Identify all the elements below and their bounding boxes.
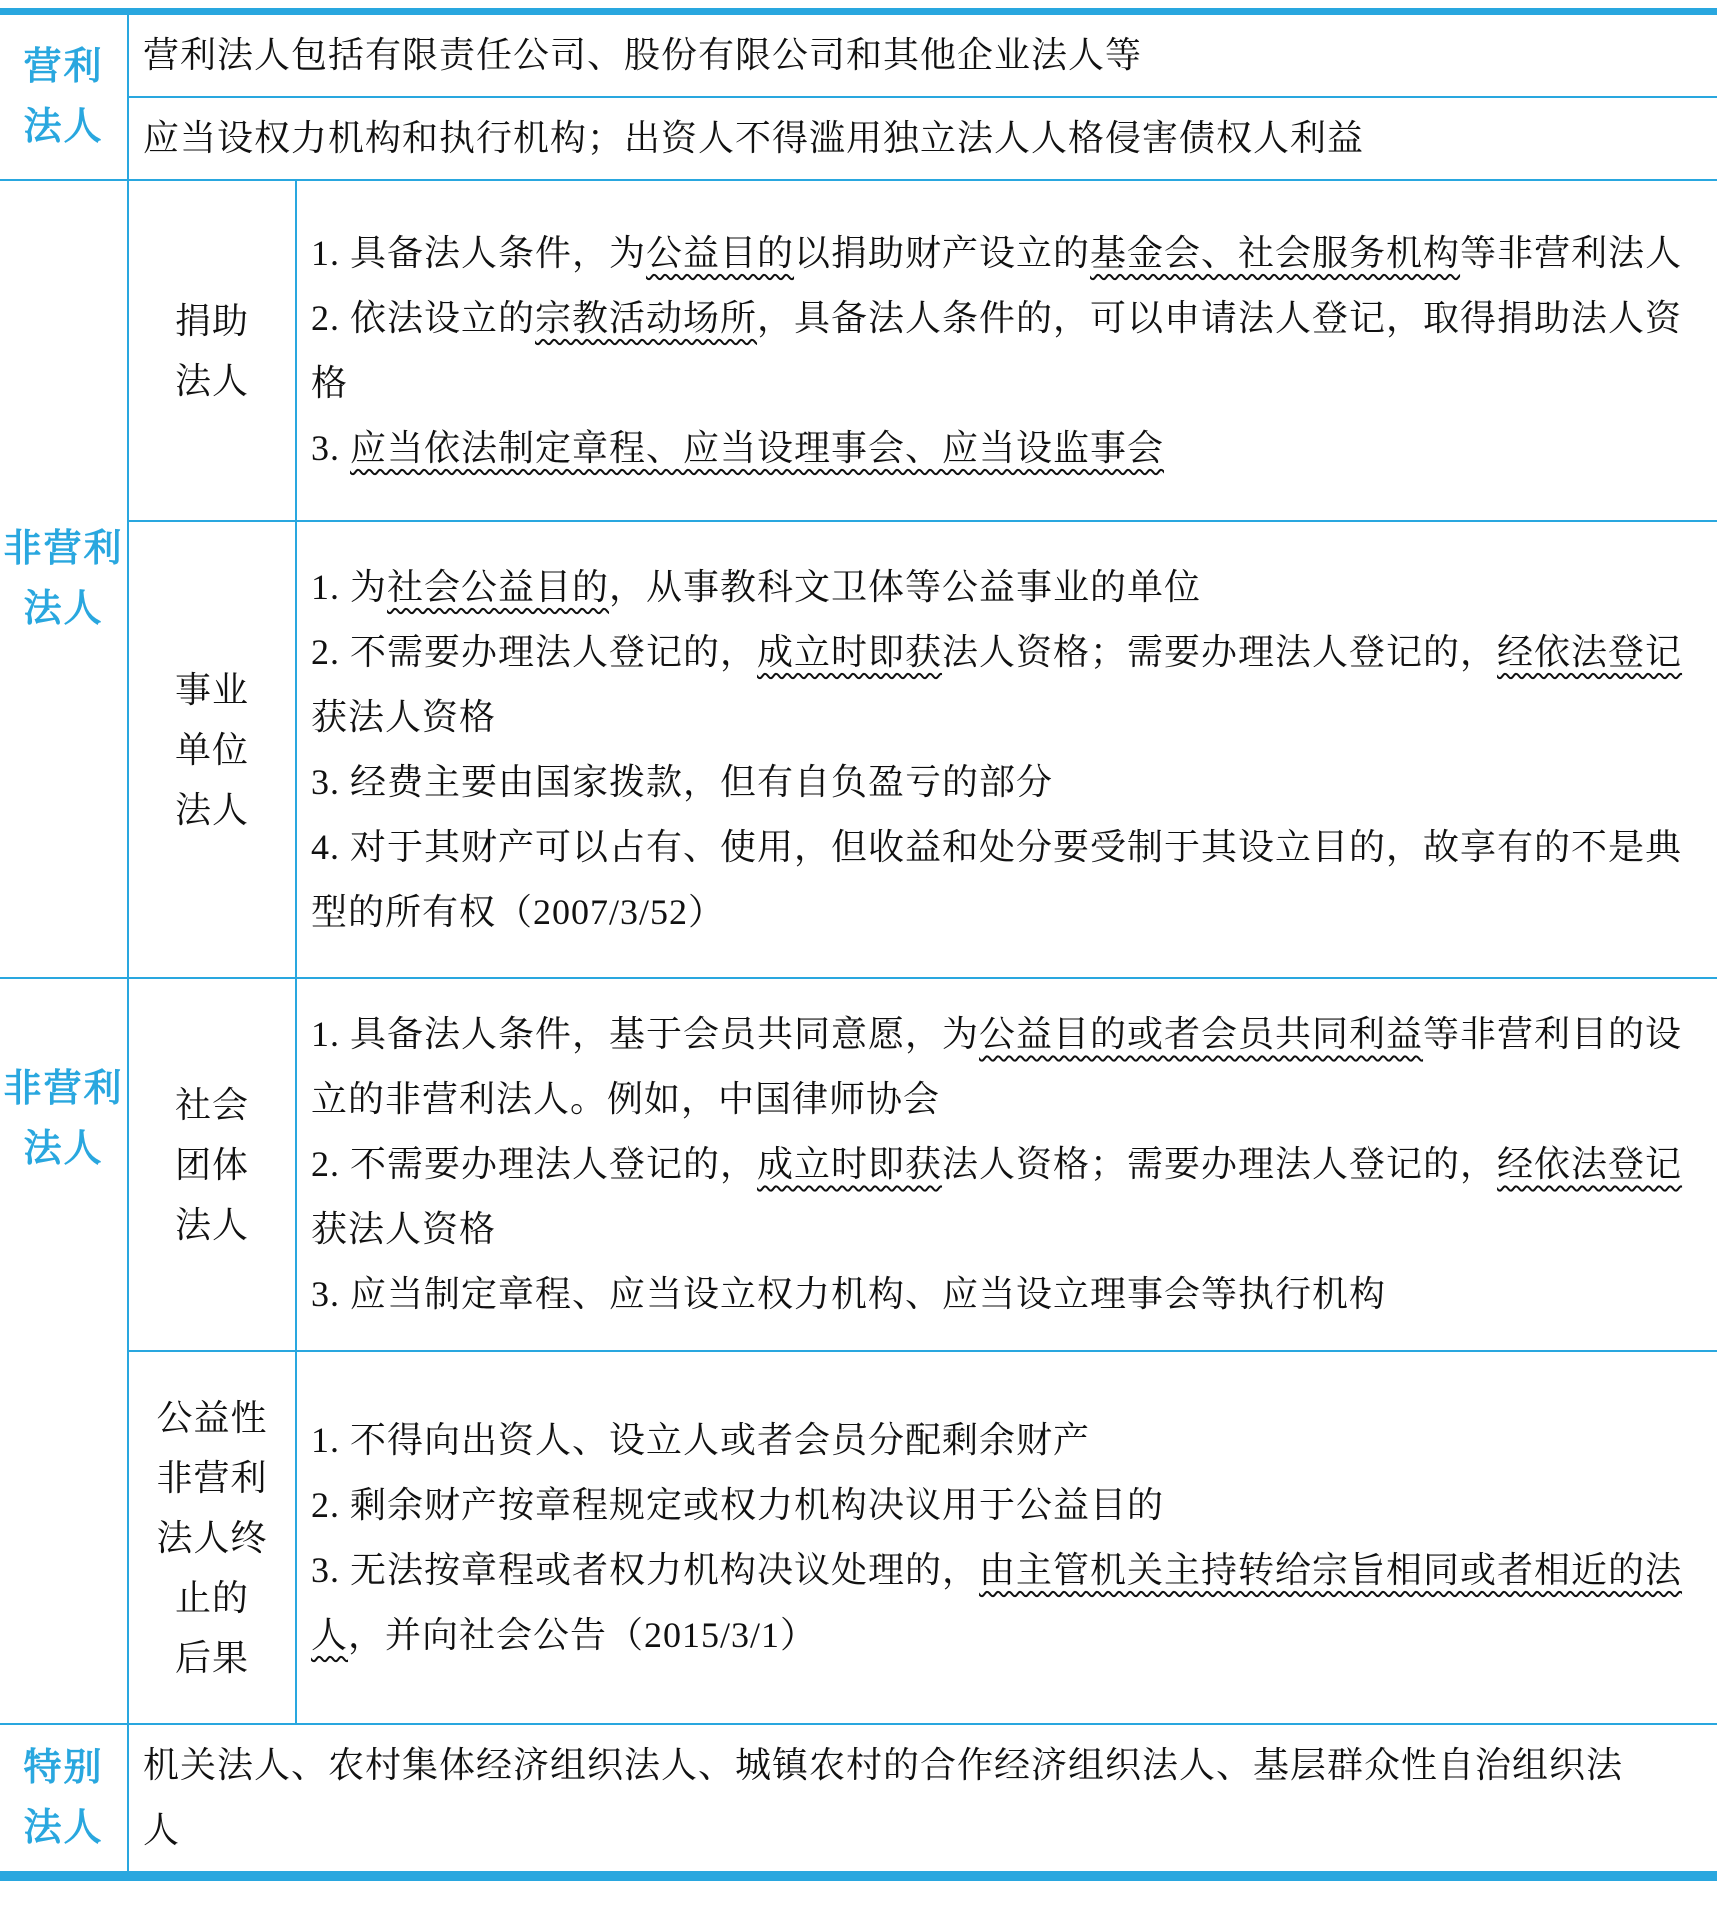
list-item: 3. 应当制定章程、应当设立权力机构、应当设立理事会等执行机构 xyxy=(311,1262,1701,1327)
label-line: 非营利 xyxy=(3,519,123,579)
text-segment: 应当设权力机构和执行机构；出资人不得滥用独立法人人格侵害债权人利益 xyxy=(143,118,1364,158)
sublabel-termination-consequences: 公益性非营利法人终止的后果 xyxy=(129,1352,295,1723)
wavy-underlined-text: 宗教活动场所 xyxy=(535,298,757,338)
label-line: 特别 xyxy=(23,1738,103,1798)
wavy-underlined-text: 基金会、社会服务机构 xyxy=(1090,233,1460,273)
label-line: 法人终 xyxy=(156,1508,267,1568)
wavy-underlined-text: 经依法登记 xyxy=(1497,1144,1682,1184)
text-segment: 法人资格；需要办理法人登记的， xyxy=(942,632,1497,672)
label-line: 法人 xyxy=(23,1119,103,1179)
list-item: 营利法人包括有限责任公司、股份有限公司和其他企业法人等 xyxy=(143,23,1701,88)
row-label-non-profit-2: 非营利法人 xyxy=(0,979,127,1723)
list-item: 1. 具备法人条件，为公益目的以捐助财产设立的基金会、社会服务机构等非营利法人 xyxy=(311,221,1701,286)
list-item: 机关法人、农村集体经济组织法人、城镇农村的合作经济组织法人、基层群众性自治组织法… xyxy=(143,1733,1623,1863)
list-item: 1. 为社会公益目的，从事教科文卫体等公益事业的单位 xyxy=(311,555,1701,620)
list-item: 2. 剩余财产按章程规定或权力机构决议用于公益目的 xyxy=(311,1473,1701,1538)
text-segment: 2. 依法设立的 xyxy=(311,298,535,338)
list-item: 2. 不需要办理法人登记的，成立时即获法人资格；需要办理法人登记的，经依法登记获… xyxy=(311,1132,1701,1262)
donation-legal-person-cell: 1. 具备法人条件，为公益目的以捐助财产设立的基金会、社会服务机构等非营利法人2… xyxy=(295,181,1717,520)
wavy-underlined-text: 应当依法制定章程、应当设理事会、应当设监事会 xyxy=(350,428,1164,468)
text-segment: 2. 剩余财产按章程规定或权力机构决议用于公益目的 xyxy=(311,1485,1164,1525)
row-for-profit-legal-person: 营利法人 营利法人包括有限责任公司、股份有限公司和其他企业法人等 应当设权力机构… xyxy=(0,15,1717,179)
list-item: 1. 不得向出资人、设立人或者会员分配剩余财产 xyxy=(311,1408,1701,1473)
text-segment: 获法人资格 xyxy=(311,697,496,737)
text-segment: 2. 不需要办理法人登记的， xyxy=(311,632,757,672)
label-line: 后果 xyxy=(175,1628,249,1688)
wavy-underlined-text: 社会公益目的 xyxy=(387,567,609,607)
text-segment: ，并向社会公告（2015/3/1） xyxy=(348,1615,817,1655)
list-item: 3. 无法按章程或者权力机构决议处理的，由主管机关主持转给宗旨相同或者相近的法人… xyxy=(311,1538,1701,1668)
sublabel-public-institution: 事业单位法人 xyxy=(129,522,295,977)
text-segment: 1. 具备法人条件，基于会员共同意愿，为 xyxy=(311,1014,979,1054)
label-line: 社会 xyxy=(175,1075,249,1135)
label-line: 法人 xyxy=(175,780,249,840)
text-segment: 获法人资格 xyxy=(311,1209,496,1249)
label-line: 团体 xyxy=(175,1135,249,1195)
wavy-underlined-text: 公益目的 xyxy=(646,233,794,273)
label-line: 法人 xyxy=(23,97,103,157)
label-line: 止的 xyxy=(175,1568,249,1628)
for-profit-organs-cell: 应当设权力机构和执行机构；出资人不得滥用独立法人人格侵害债权人利益 xyxy=(129,98,1717,179)
social-organization-cell: 1. 具备法人条件，基于会员共同意愿，为公益目的或者会员共同利益等非营利目的设立… xyxy=(295,979,1717,1350)
list-item: 2. 不需要办理法人登记的，成立时即获法人资格；需要办理法人登记的，经依法登记获… xyxy=(311,620,1701,750)
label-line: 非营利 xyxy=(156,1448,267,1508)
row-special-legal-person: 特别法人 机关法人、农村集体经济组织法人、城镇农村的合作经济组织法人、基层群众性… xyxy=(0,1723,1717,1871)
text-segment: 营利法人包括有限责任公司、股份有限公司和其他企业法人等 xyxy=(143,35,1142,75)
wavy-underlined-text: 公益目的或者会员共同利益 xyxy=(979,1014,1423,1054)
wavy-underlined-text: 成立时即获 xyxy=(757,1144,942,1184)
row-label-non-profit-1: 非营利法人 xyxy=(0,181,127,977)
row-non-profit-1-content-area: 捐助法人 1. 具备法人条件，为公益目的以捐助财产设立的基金会、社会服务机构等非… xyxy=(127,181,1717,977)
subrow-donation-legal-person: 捐助法人 1. 具备法人条件，为公益目的以捐助财产设立的基金会、社会服务机构等非… xyxy=(129,181,1717,520)
text-segment: 1. 具备法人条件，为 xyxy=(311,233,646,273)
text-segment: 以捐助财产设立的 xyxy=(794,233,1090,273)
row-special-content-area: 机关法人、农村集体经济组织法人、城镇农村的合作经济组织法人、基层群众性自治组织法… xyxy=(127,1725,1717,1871)
label-line: 法人 xyxy=(23,1798,103,1858)
special-legal-person-cell: 机关法人、农村集体经济组织法人、城镇农村的合作经济组织法人、基层群众性自治组织法… xyxy=(129,1725,1717,1871)
list-item: 应当设权力机构和执行机构；出资人不得滥用独立法人人格侵害债权人利益 xyxy=(143,106,1701,171)
text-segment: ，从事教科文卫体等公益事业的单位 xyxy=(609,567,1201,607)
label-line: 营利 xyxy=(23,37,103,97)
list-item: 4. 对于其财产可以占有、使用，但收益和处分要受制于其设立目的，故享有的不是典型… xyxy=(311,815,1701,945)
text-segment: 1. 不得向出资人、设立人或者会员分配剩余财产 xyxy=(311,1420,1090,1460)
text-segment: 法人资格；需要办理法人登记的， xyxy=(942,1144,1497,1184)
list-item: 1. 具备法人条件，基于会员共同意愿，为公益目的或者会员共同利益等非营利目的设立… xyxy=(311,1002,1701,1132)
label-line: 公益性 xyxy=(156,1388,267,1448)
subrow-public-institution-legal-person: 事业单位法人 1. 为社会公益目的，从事教科文卫体等公益事业的单位2. 不需要办… xyxy=(129,520,1717,977)
list-item: 3. 应当依法制定章程、应当设理事会、应当设监事会 xyxy=(311,416,1701,481)
label-line: 法人 xyxy=(175,1195,249,1255)
public-institution-cell: 1. 为社会公益目的，从事教科文卫体等公益事业的单位2. 不需要办理法人登记的，… xyxy=(295,522,1717,977)
list-item: 2. 依法设立的宗教活动场所，具备法人条件的，可以申请法人登记，取得捐助法人资格 xyxy=(311,286,1701,416)
row-label-for-profit: 营利法人 xyxy=(0,15,127,179)
label-line: 捐助 xyxy=(175,291,249,351)
row-for-profit-content-area: 营利法人包括有限责任公司、股份有限公司和其他企业法人等 应当设权力机构和执行机构… xyxy=(127,15,1717,179)
label-line: 单位 xyxy=(175,720,249,780)
subrow-social-organization-legal-person: 社会团体法人 1. 具备法人条件，基于会员共同意愿，为公益目的或者会员共同利益等… xyxy=(129,979,1717,1350)
text-segment: 2. 不需要办理法人登记的， xyxy=(311,1144,757,1184)
subrow-termination-consequences: 公益性非营利法人终止的后果 1. 不得向出资人、设立人或者会员分配剩余财产2. … xyxy=(129,1350,1717,1723)
row-non-profit-2-content-area: 社会团体法人 1. 具备法人条件，基于会员共同意愿，为公益目的或者会员共同利益等… xyxy=(127,979,1717,1723)
label-line: 非营利 xyxy=(3,1059,123,1119)
row-non-profit-legal-person-1: 非营利法人 捐助法人 1. 具备法人条件，为公益目的以捐助财产设立的基金会、社会… xyxy=(0,179,1717,977)
wavy-underlined-text: 经依法登记 xyxy=(1497,632,1682,672)
text-segment: 等非营利法人 xyxy=(1460,233,1682,273)
row-label-special: 特别法人 xyxy=(0,1725,127,1871)
text-segment: 4. 对于其财产可以占有、使用，但收益和处分要受制于其设立目的，故享有的不是典型… xyxy=(311,827,1682,932)
text-segment: 3. 应当制定章程、应当设立权力机构、应当设立理事会等执行机构 xyxy=(311,1274,1386,1314)
list-item: 3. 经费主要由国家拨款，但有自负盈亏的部分 xyxy=(311,750,1701,815)
sublabel-social-organization: 社会团体法人 xyxy=(129,979,295,1350)
wavy-underlined-text: 成立时即获 xyxy=(757,632,942,672)
text-segment: 1. 为 xyxy=(311,567,387,607)
label-line: 事业 xyxy=(175,660,249,720)
page: { "colors": { "accent": "#29a7df", "ink"… xyxy=(0,8,1717,1881)
text-segment: 3. xyxy=(311,428,350,468)
text-segment: 机关法人、农村集体经济组织法人、城镇农村的合作经济组织法人、基层群众性自治组织法… xyxy=(143,1745,1623,1850)
legal-persons-classification-table: 营利法人 营利法人包括有限责任公司、股份有限公司和其他企业法人等 应当设权力机构… xyxy=(0,8,1717,1881)
termination-consequences-cell: 1. 不得向出资人、设立人或者会员分配剩余财产2. 剩余财产按章程规定或权力机构… xyxy=(295,1352,1717,1723)
row-non-profit-legal-person-2: 非营利法人 社会团体法人 1. 具备法人条件，基于会员共同意愿，为公益目的或者会… xyxy=(0,977,1717,1723)
label-line: 法人 xyxy=(175,351,249,411)
text-segment: 3. 经费主要由国家拨款，但有自负盈亏的部分 xyxy=(311,762,1053,802)
sublabel-donation-legal-person: 捐助法人 xyxy=(129,181,295,520)
label-line: 法人 xyxy=(23,579,103,639)
for-profit-definition-cell: 营利法人包括有限责任公司、股份有限公司和其他企业法人等 xyxy=(129,15,1717,98)
text-segment: 3. 无法按章程或者权力机构决议处理的， xyxy=(311,1550,979,1590)
